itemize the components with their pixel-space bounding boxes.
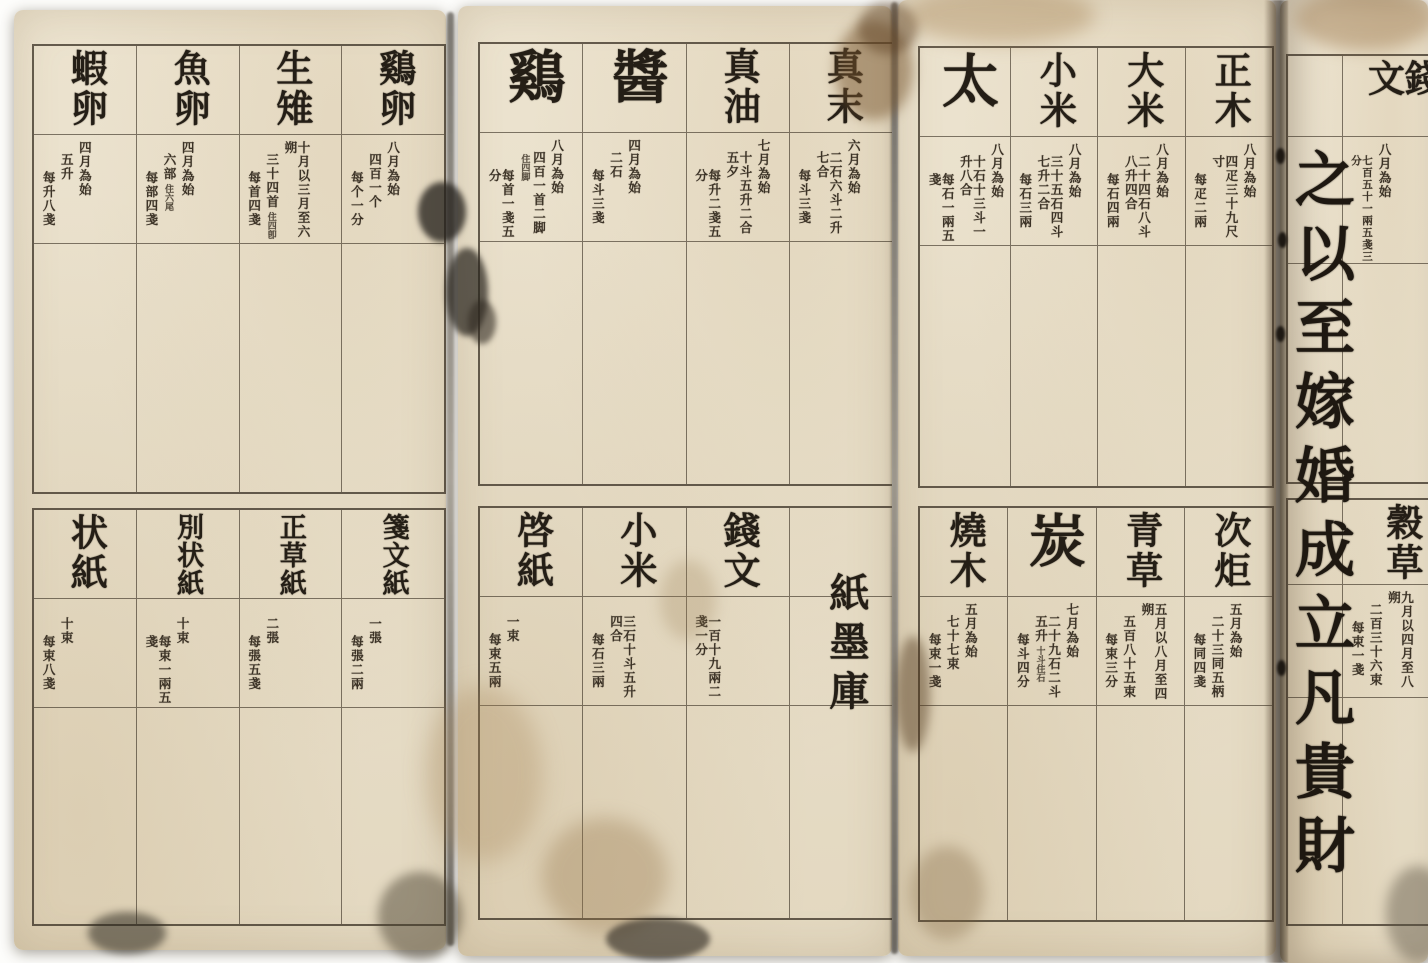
item-column-letter-paper: 箋文紙 一張 每張二兩	[341, 510, 444, 924]
item-header: 小米	[583, 508, 685, 597]
empty-cell	[137, 244, 239, 492]
item-column-wheat-flour: 真末 六月為始 二石六斗二升七合 每斗三戔	[789, 44, 892, 484]
item-column-millet-small: 小米 三石十斗五升四合 每石三兩	[582, 508, 685, 918]
start-date: 八月為始	[386, 141, 399, 246]
section-heading: 之以至嫁婚成立凡貴財	[1290, 148, 1350, 888]
start-date: 四月為始	[627, 139, 640, 244]
item-title: 太	[936, 51, 993, 136]
item-annotation: 五月為始 二十三同五柄 每同四戔	[1185, 597, 1272, 706]
quantity: 四百一首二脚住四脚	[518, 151, 544, 244]
quantity: 五百八十五束	[1122, 615, 1135, 708]
item-annotation: 二張 每張五戔	[240, 599, 342, 708]
ledger-photo: 蝦卵 四月為始 五升 每升八戔 魚卵 四月為始 六部住六尾 每部四戔 生雉	[0, 0, 1428, 963]
item-title: 鷄	[503, 47, 560, 132]
quantity: 三石十斗五升四合	[608, 615, 634, 708]
unit-price: 每束三分	[1104, 633, 1117, 708]
item-header: 真末	[790, 44, 892, 133]
start-date: 四月為始	[180, 141, 193, 246]
item-column-document-paper: 状紙 十束 每束八戔	[34, 510, 136, 924]
page-2: 鷄 八月為始 四百一首二脚住四脚 每首一戔五分 醬 四月為始 二石 每斗三戔 真…	[458, 6, 892, 956]
unit-price: 每束一兩五戔	[144, 635, 170, 710]
unit-price: 每升八戔	[41, 171, 54, 246]
quantity: 二十九石二斗五升十斗住石	[1033, 615, 1059, 708]
empty-cell	[1186, 246, 1272, 486]
empty-cell	[342, 708, 444, 924]
start-date: 八月為始	[1154, 143, 1167, 248]
item-annotation: 八月為始 四百一个 每个一分	[342, 135, 444, 244]
item-annotation: 十束 每束一兩五戔	[137, 599, 239, 708]
item-title: 状紙	[66, 513, 103, 598]
item-title: 魚卵	[169, 49, 206, 134]
item-annotation: 四月為始 六部住六尾 每部四戔	[137, 135, 239, 244]
quantity: 六部住六尾	[162, 153, 175, 246]
item-title: 醬	[606, 47, 663, 132]
unit-price: 每个一分	[349, 171, 362, 246]
start-date: 七月為始	[1065, 603, 1078, 708]
quantity: 十斗五升二合五夕	[725, 151, 751, 244]
quantity: 四疋三十九尺寸	[1211, 155, 1237, 248]
item-column-green-grass: 青草 五月以八月至四朔 五百八十五束 每束三分	[1096, 508, 1184, 920]
unit-price: 每斗三戔	[797, 169, 810, 244]
binding-stitch	[1276, 326, 1285, 342]
item-title: 小米	[1035, 51, 1072, 136]
item-annotation: 四月為始 五升 每升八戔	[34, 135, 136, 244]
start-date: 八月為始	[990, 143, 1003, 248]
quantity: 十束	[175, 617, 188, 710]
item-column-paper-ink-store: 紙墨庫	[789, 508, 892, 918]
unit-price: 每斗四分	[1015, 633, 1028, 708]
item-header: 青草	[1097, 508, 1184, 597]
item-column-report-paper: 啓紙 一束 每束五兩	[480, 508, 582, 918]
empty-cell	[480, 242, 582, 484]
page-3: 太 八月為始 十石十三斗一升八合 每石一兩五戔 小米 八月為始 三十五石四斗七升…	[898, 0, 1276, 956]
page-1: 蝦卵 四月為始 五升 每升八戔 魚卵 四月為始 六部住六尾 每部四戔 生雉	[14, 10, 446, 950]
item-column-fish-roe: 魚卵 四月為始 六部住六尾 每部四戔	[136, 46, 239, 492]
page-edge-shadow	[891, 2, 898, 954]
item-annotation: 六月為始 二石六斗二升七合 每斗三戔	[790, 133, 892, 242]
unit-price: 每斗三戔	[590, 169, 603, 244]
item-annotation: 五月為始 七十七束 每束一戔	[920, 597, 1007, 706]
item-title: 炭	[1023, 511, 1080, 596]
unit-price: 每首四戔	[247, 171, 260, 246]
start-date: 四月為始	[77, 141, 90, 246]
item-annotation: 八月為始 四疋三十九尺寸 每疋二兩	[1186, 137, 1272, 246]
item-annotation: 九月以四月至八朔 二百三十六束 每束一戔	[1343, 585, 1428, 698]
start-date: 八月為始	[1067, 143, 1080, 248]
item-header: 魚卵	[137, 46, 239, 135]
unit-price: 每張二兩	[349, 635, 362, 710]
item-title: 大米	[1123, 51, 1160, 136]
start-date: 七月為始	[756, 139, 769, 244]
item-header: 大米	[1098, 48, 1184, 137]
start-date: 五月為始	[963, 603, 976, 708]
start-date: 八月為始	[1377, 143, 1390, 266]
item-column-firewood: 燒木 五月為始 七十七束 每束一戔	[920, 508, 1007, 920]
quantity: 二十三同五柄	[1210, 615, 1223, 708]
item-annotation: 七月為始 十斗五升二合五夕 每升二戔五分	[687, 133, 789, 242]
unit-price: 每石三兩	[1018, 173, 1031, 248]
unit-price: 每石三兩	[590, 633, 603, 708]
quantity: 二張	[265, 617, 278, 710]
unit-price: 每部四戔	[144, 171, 157, 246]
item-header: 生雉	[240, 46, 342, 135]
binding-stitch	[1276, 148, 1285, 164]
item-header: 真油	[687, 44, 789, 133]
page3-top-table: 太 八月為始 十石十三斗一升八合 每石一兩五戔 小米 八月為始 三十五石四斗七升…	[918, 46, 1274, 488]
unit-price: 每升二戔五分	[694, 169, 720, 244]
unit-price: 每束五兩	[487, 633, 500, 708]
item-annotation: 三石十斗五升四合 每石三兩	[583, 597, 685, 706]
empty-cell	[790, 706, 892, 918]
item-title: 真油	[719, 47, 756, 132]
item-title: 錢文	[719, 511, 756, 596]
quantity: 二石六斗二升七合	[815, 151, 841, 244]
unit-price: 每石四兩	[1105, 173, 1118, 248]
item-column-chicken-eggs: 鷄卵 八月為始 四百一个 每个一分	[341, 46, 444, 492]
page2-bottom-table: 啓紙 一束 每束五兩 小米 三石十斗五升四合 每石三兩 錢文	[478, 506, 892, 920]
item-column-charcoal: 炭 七月為始 二十九石二斗五升十斗住石 每斗四分	[1007, 508, 1095, 920]
quantity: 四百一个	[367, 153, 380, 246]
item-annotation: 五月以八月至四朔 五百八十五束 每束三分	[1097, 597, 1184, 706]
item-title: 蝦卵	[66, 49, 103, 134]
item-header: 穀草	[1343, 500, 1428, 585]
quantity-note: 住六尾	[164, 184, 173, 211]
empty-cell	[1288, 56, 1342, 137]
empty-cell	[687, 242, 789, 484]
item-header: 別状紙	[137, 510, 239, 599]
start-date: 八月為始	[550, 139, 563, 244]
item-header: 太	[920, 48, 1010, 137]
empty-cell	[342, 244, 444, 492]
item-column-torches: 次炬 五月為始 二十三同五柄 每同四戔	[1184, 508, 1272, 920]
page1-top-table: 蝦卵 四月為始 五升 每升八戔 魚卵 四月為始 六部住六尾 每部四戔 生雉	[32, 44, 446, 494]
item-annotation: 一張 每張二兩	[342, 599, 444, 708]
empty-cell	[137, 708, 239, 924]
empty-cell	[920, 706, 1007, 920]
item-title: 正草紙	[277, 513, 304, 598]
item-column-money-total: 錢文 八月為始 七百五十一兩五戔三分	[1342, 56, 1428, 482]
item-title: 鷄卵	[375, 49, 412, 134]
period: 九月以四月至八朔	[1386, 591, 1412, 700]
item-annotation: 一束 每束五兩	[480, 597, 582, 706]
item-column-fodder-grass: 穀草 九月以四月至八朔 二百三十六束 每束一戔	[1342, 500, 1428, 924]
item-annotation: 七月為始 二十九石二斗五升十斗住石 每斗四分	[1008, 597, 1095, 706]
empty-cell	[583, 242, 685, 484]
empty-cell	[583, 706, 685, 918]
empty-cell	[1343, 264, 1428, 482]
item-column-rice: 大米 八月為始 二十四石八斗八升四合 每石四兩	[1097, 48, 1184, 486]
item-annotation: 十束 每束八戔	[34, 599, 136, 708]
item-column-soybeans: 太 八月為始 十石十三斗一升八合 每石一兩五戔	[920, 48, 1010, 486]
unit-price: 每疋二兩	[1193, 173, 1206, 248]
item-annotation: 八月為始 十石十三斗一升八合 每石一兩五戔	[920, 137, 1010, 246]
item-header: 小米	[1011, 48, 1097, 137]
empty-cell	[920, 246, 1010, 486]
quantity: 三十五石四斗七升二合	[1036, 155, 1062, 248]
item-annotation: 十月以三月至六朔 三十四首住四卽 每首四戔	[240, 135, 342, 244]
unit-price: 每石一兩五戔	[927, 173, 953, 248]
item-header: 次炬	[1185, 508, 1272, 597]
item-column-special-document-paper: 別状紙 十束 每束一兩五戔	[136, 510, 239, 924]
item-title: 生雉	[272, 49, 309, 134]
binding-stitch	[1278, 232, 1287, 248]
quantity: 七十七束	[945, 615, 958, 708]
item-header: 錢文	[687, 508, 789, 597]
binding-fold	[1264, 0, 1288, 963]
period: 五月以八月至四朔	[1140, 603, 1166, 708]
item-column-pheasant: 生雉 十月以三月至六朔 三十四首住四卽 每首四戔	[239, 46, 342, 492]
item-title: 啓紙	[513, 511, 550, 596]
quantity: 二十四石八斗八升四合	[1123, 155, 1149, 248]
empty-cell	[1008, 706, 1095, 920]
item-column-shrimp-roe: 蝦卵 四月為始 五升 每升八戔	[34, 46, 136, 492]
item-header: 鷄	[480, 44, 582, 133]
page2-top-table: 鷄 八月為始 四百一首二脚住四脚 每首一戔五分 醬 四月為始 二石 每斗三戔 真…	[478, 42, 892, 486]
item-header: 蝦卵	[34, 46, 136, 135]
item-header: 箋文紙	[342, 510, 444, 599]
store-label: 紙墨庫	[826, 572, 866, 719]
item-column-money: 錢文 一百十九兩二戔一分	[686, 508, 789, 918]
item-annotation: 八月為始 四百一首二脚住四脚 每首一戔五分	[480, 133, 582, 242]
empty-cell	[34, 244, 136, 492]
item-header: 錢文	[1343, 56, 1428, 137]
quantity: 一束	[505, 615, 518, 708]
unit-price: 每首一戔五分	[487, 169, 513, 244]
item-header: 啓紙	[480, 508, 582, 597]
empty-cell	[790, 242, 892, 484]
item-title: 燒木	[945, 511, 982, 596]
item-title: 青草	[1122, 511, 1159, 596]
item-title: 正木	[1210, 51, 1247, 136]
quantity: 一張	[367, 617, 380, 710]
item-header: 醬	[583, 44, 685, 133]
item-column-chicken: 鷄 八月為始 四百一首二脚住四脚 每首一戔五分	[480, 44, 582, 484]
quantity: 十束	[59, 617, 72, 710]
item-annotation: 八月為始 七百五十一兩五戔三分	[1343, 137, 1428, 264]
start-date: 六月為始	[846, 139, 859, 244]
empty-cell	[480, 706, 582, 918]
quantity: 五升	[59, 153, 72, 246]
item-title: 真末	[822, 47, 859, 132]
item-header: 状紙	[34, 510, 136, 599]
item-header: 燒木	[920, 508, 1007, 597]
quantity-note: 住四卽	[266, 212, 275, 239]
item-column-soy-paste: 醬 四月為始 二石 每斗三戔	[582, 44, 685, 484]
item-header: 正木	[1186, 48, 1272, 137]
item-title: 穀草	[1382, 503, 1419, 584]
quantity: 十石十三斗一升八合	[958, 155, 984, 248]
empty-cell	[1098, 246, 1184, 486]
item-annotation: 四月為始 二石 每斗三戔	[583, 133, 685, 242]
item-column-cotton-cloth: 正木 八月為始 四疋三十九尺寸 每疋二兩	[1185, 48, 1272, 486]
unit-price: 每張五戔	[247, 635, 260, 710]
page-edge-shadow	[447, 12, 454, 946]
start-date: 八月為始	[1242, 143, 1255, 248]
empty-cell	[1097, 706, 1184, 920]
start-date: 五月為始	[1228, 603, 1241, 708]
item-title: 小米	[616, 511, 653, 596]
empty-cell	[1185, 706, 1272, 920]
total-amount: 一百十九兩二戔一分	[694, 615, 720, 708]
item-column-millet: 小米 八月為始 三十五石四斗七升二合 每石三兩	[1010, 48, 1097, 486]
item-header: 炭	[1008, 508, 1095, 597]
item-header: 鷄卵	[342, 46, 444, 135]
item-title: 別状紙	[174, 513, 201, 598]
total-amount: 七百五十一兩五戔三分	[1350, 155, 1372, 266]
item-annotation: 八月為始 二十四石八斗八升四合 每石四兩	[1098, 137, 1184, 246]
quantity: 三十四首住四卽	[265, 153, 278, 246]
page-4: 之以至嫁婚成立凡貴財 錢文 八月為始 七百五十一兩五戔三分	[1280, 0, 1428, 963]
empty-cell	[1343, 698, 1428, 924]
unit-price: 每束八戔	[41, 635, 54, 710]
item-title: 次炬	[1210, 511, 1247, 596]
item-title: 箋文紙	[380, 513, 407, 598]
binding-stitch	[1277, 660, 1286, 676]
quantity: 二百三十六束	[1368, 603, 1381, 700]
page1-bottom-table: 状紙 十束 每束八戔 別状紙 十束 每束一兩五戔 正草紙	[32, 508, 446, 926]
empty-cell	[240, 244, 342, 492]
item-column-sesame-oil: 真油 七月為始 十斗五升二合五夕 每升二戔五分	[686, 44, 789, 484]
period: 十月以三月至六朔	[283, 141, 309, 246]
item-annotation: 八月為始 三十五石四斗七升二合 每石三兩	[1011, 137, 1097, 246]
item-annotation: 一百十九兩二戔一分	[687, 597, 789, 706]
quantity: 二石	[608, 151, 621, 244]
page3-bottom-table: 燒木 五月為始 七十七束 每束一戔 炭 七月為始 二十九石二斗五升十斗住石 每斗…	[918, 506, 1274, 922]
empty-cell	[1011, 246, 1097, 486]
item-title: 錢文	[1364, 59, 1428, 136]
empty-cell	[34, 708, 136, 924]
item-column-draft-paper: 正草紙 二張 每張五戔	[239, 510, 342, 924]
unit-price: 每束一戔	[927, 633, 940, 708]
item-header: 正草紙	[240, 510, 342, 599]
empty-cell	[240, 708, 342, 924]
empty-cell	[687, 706, 789, 918]
unit-price: 每同四戔	[1192, 633, 1205, 708]
